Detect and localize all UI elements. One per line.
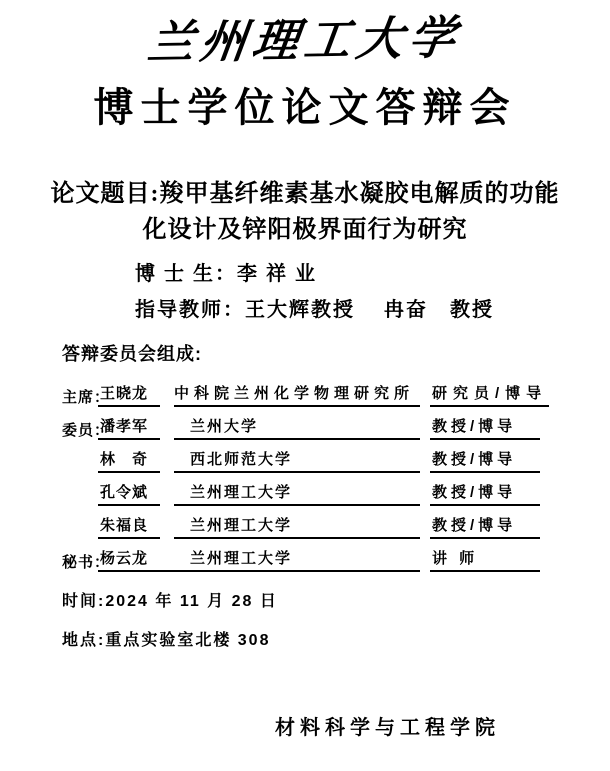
name-cell: 林 奇 — [98, 448, 160, 473]
university-calligraphy-logo: 兰州理工大学 — [0, 0, 610, 75]
committee-row-member: 委员： 潘孝军 兰州大学 教授/博导 — [62, 420, 549, 440]
institution-cell: 兰州理工大学 — [174, 514, 420, 539]
supervisor-line: 指导教师：王大辉教授 冉奋 教授 — [135, 293, 494, 322]
institution-cell: 西北师范大学 — [174, 448, 420, 473]
committee-section-title: 答辩委员会组成: — [62, 340, 202, 366]
title-cell: 教授/博导 — [430, 415, 540, 440]
title-cell: 教授/博导 — [430, 514, 540, 539]
department-signature: 材料科学与工程学院 — [0, 711, 610, 740]
institution-cell: 兰州理工大学 — [174, 481, 420, 506]
title-cell: 教授/博导 — [430, 448, 540, 473]
supervisor-label: 指导教师： — [135, 299, 245, 321]
thesis-title: 论文题目:羧甲基纤维素基水凝胶电解质的功能 化设计及锌阳极界面行为研究 — [0, 176, 610, 248]
committee-row-chair: 主席： 王晓龙 中科院兰州化学物理研究所 研究员/博导 — [62, 387, 549, 407]
title-cell: 教授/博导 — [430, 481, 540, 506]
supervisor-names: 王大辉教授 冉奋 教授 — [245, 299, 494, 321]
defense-location: 地点:重点实验室北楼 308 — [62, 627, 270, 650]
student-name: 李 祥 业 — [237, 263, 317, 285]
name-cell: 朱福良 — [98, 514, 160, 539]
institution-cell: 兰州大学 — [174, 415, 420, 440]
name-cell: 潘孝军 — [98, 415, 160, 440]
institution-cell: 兰州理工大学 — [174, 547, 420, 572]
role-cell: 主席： — [62, 386, 98, 407]
name-cell: 杨云龙 — [98, 547, 178, 572]
committee-row-member: 孔令斌 兰州理工大学 教授/博导 — [62, 486, 549, 506]
title-cell: 讲 师 — [430, 547, 540, 572]
name-cell: 孔令斌 — [98, 481, 160, 506]
institution-cell: 中科院兰州化学物理研究所 — [174, 382, 420, 407]
role-cell: 委员： — [62, 419, 98, 440]
defense-time: 时间:2024 年 11 月 28 日 — [62, 588, 278, 611]
committee-row-member: 朱福良 兰州理工大学 教授/博导 — [62, 519, 549, 539]
committee-table: 主席： 王晓龙 中科院兰州化学物理研究所 研究员/博导 委员： 潘孝军 兰州大学… — [62, 387, 549, 585]
committee-row-member: 林 奇 西北师范大学 教授/博导 — [62, 453, 549, 473]
defense-announcement-document: 兰州理工大学 博士学位论文答辩会 论文题目:羧甲基纤维素基水凝胶电解质的功能 化… — [0, 0, 610, 771]
thesis-title-line1: 论文题目:羧甲基纤维素基水凝胶电解质的功能 — [0, 176, 610, 212]
student-line: 博 士 生：李 祥 业 — [135, 257, 317, 286]
title-cell: 研究员/博导 — [430, 382, 549, 407]
thesis-title-line2: 化设计及锌阳极界面行为研究 — [0, 212, 610, 248]
student-label: 博 士 生： — [135, 263, 237, 285]
committee-row-secretary: 秘书： 杨云龙 兰州理工大学 讲 师 — [62, 552, 549, 572]
role-cell: 秘书： — [62, 551, 98, 572]
meeting-title: 博士学位论文答辩会 — [0, 76, 610, 133]
name-cell: 王晓龙 — [98, 382, 160, 407]
